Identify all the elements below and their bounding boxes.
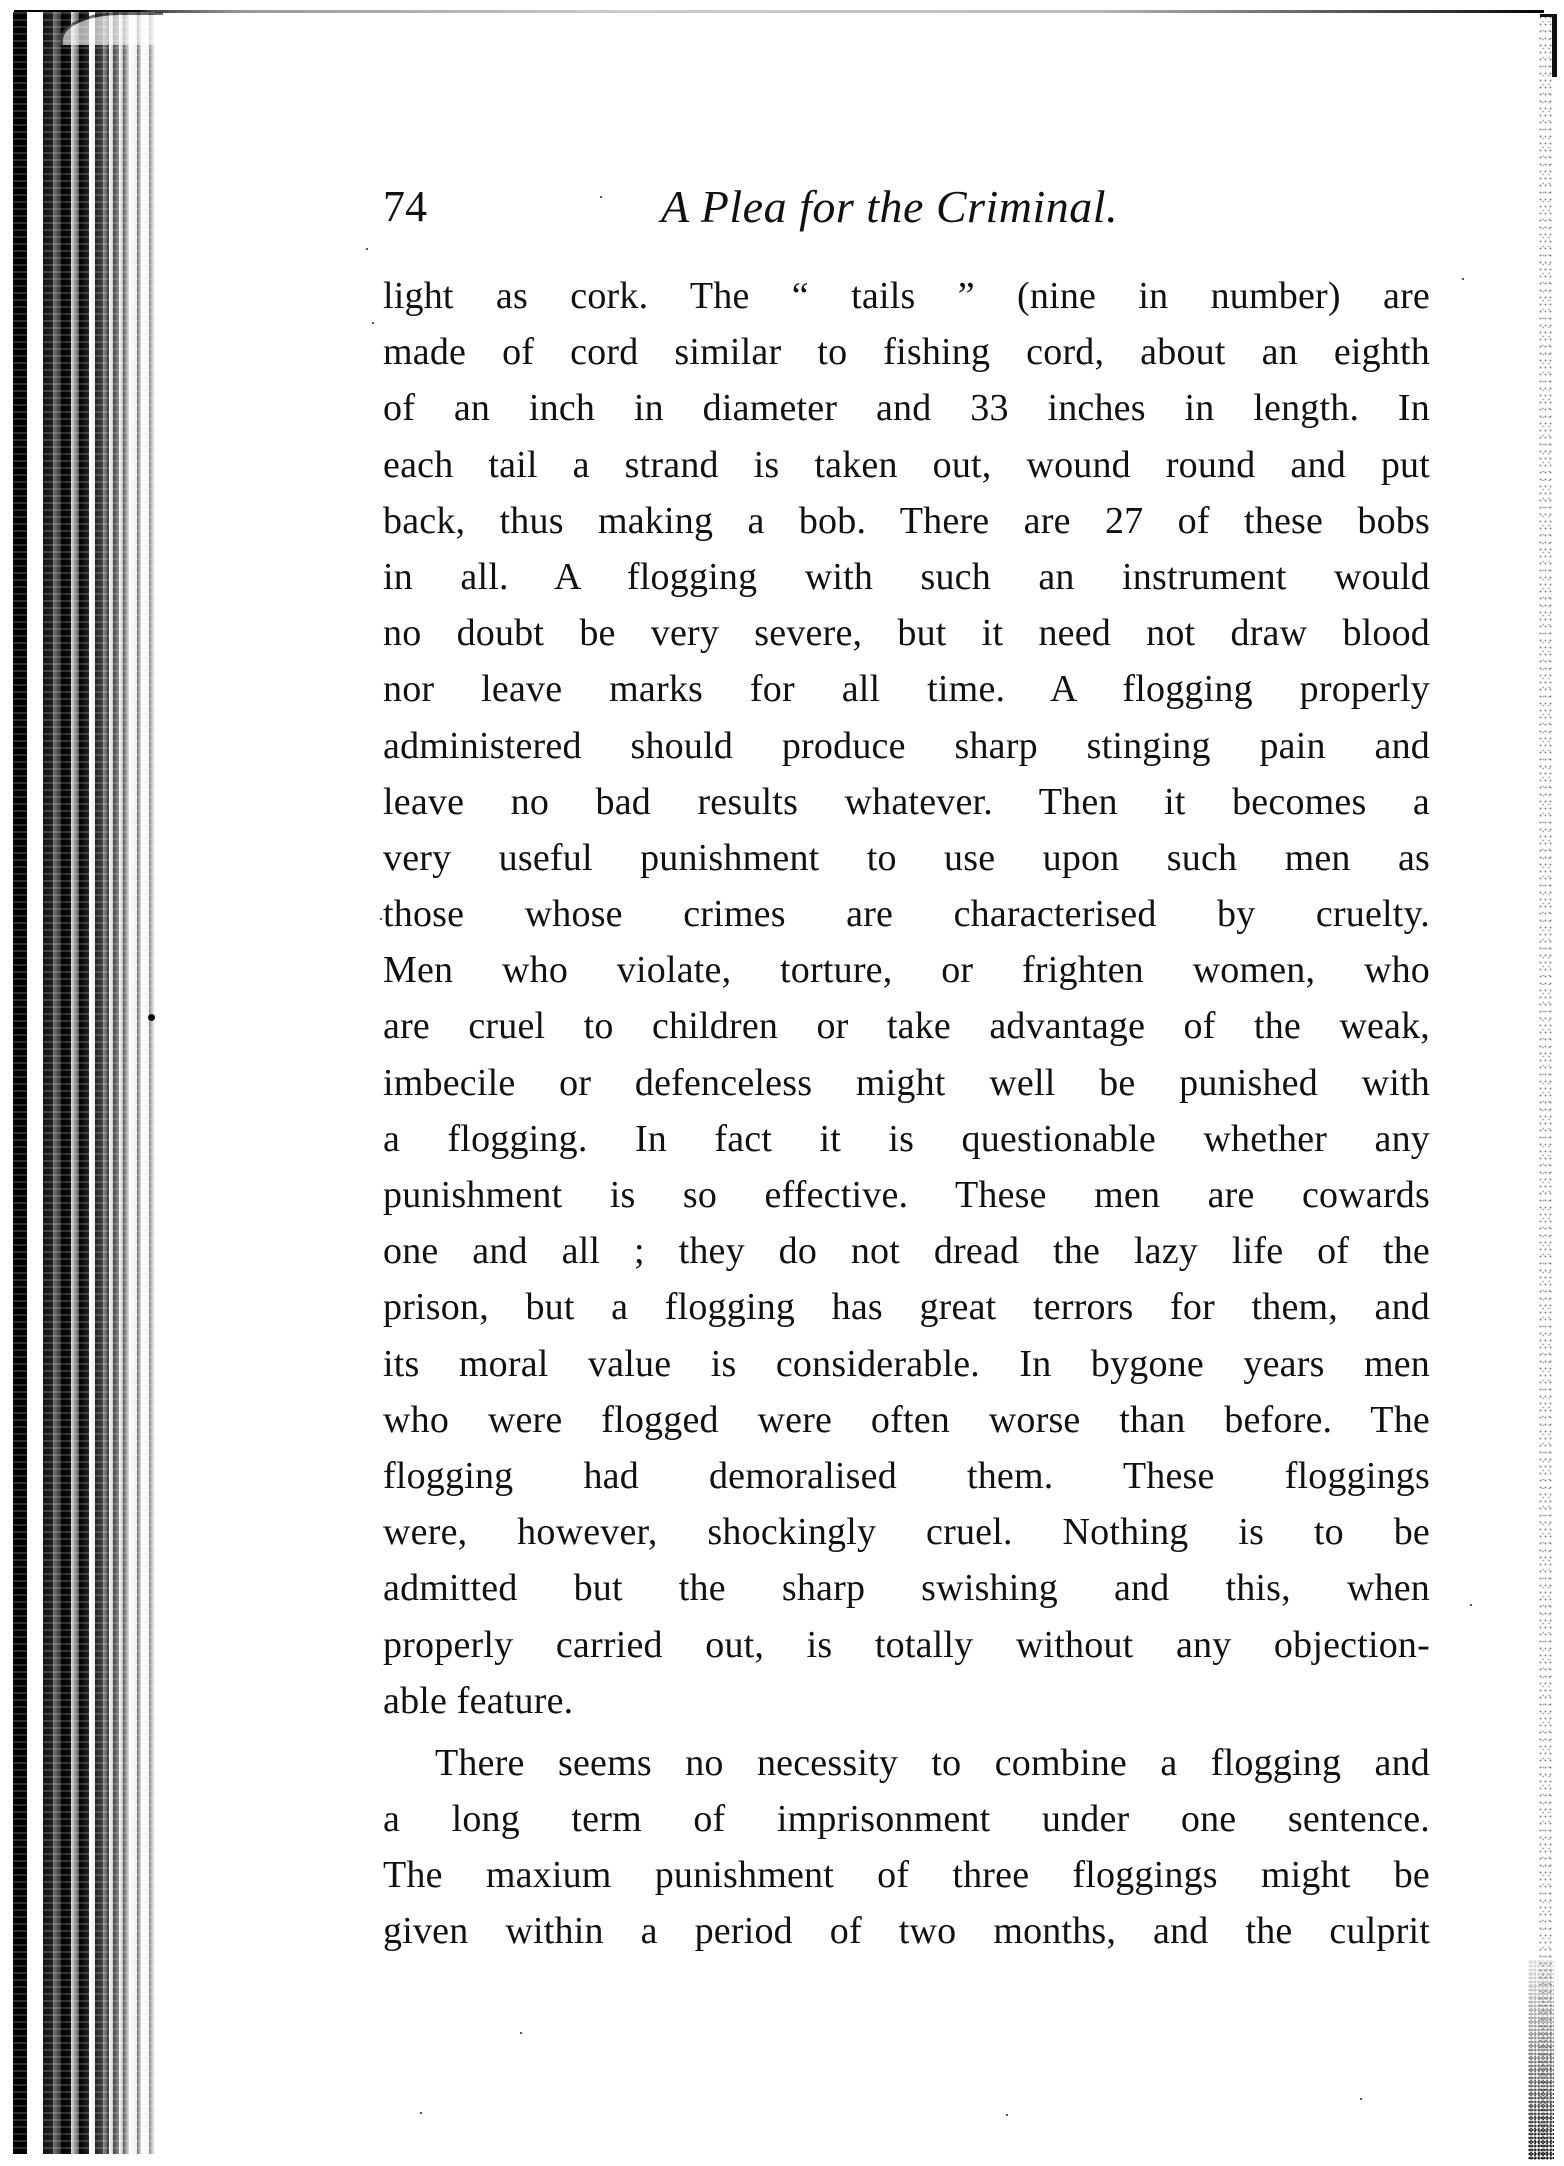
text-line: those whose crimes are characterised by … xyxy=(383,886,1430,942)
page-top-edge xyxy=(14,10,1544,13)
scan-speck xyxy=(372,322,374,324)
binding-texture xyxy=(13,12,155,2154)
scan-speck xyxy=(1360,2098,1362,2100)
text-line: who were flogged were often worse than b… xyxy=(383,1392,1430,1448)
text-line: punishment is so effective. These men ar… xyxy=(383,1167,1430,1223)
page-right-edge-shadow xyxy=(1528,1960,1554,2160)
scan-speck xyxy=(1470,1604,1472,1606)
text-line: administered should produce sharp stingi… xyxy=(383,718,1430,774)
scan-speck xyxy=(380,918,382,920)
text-line: made of cord similar to fishing cord, ab… xyxy=(383,324,1430,380)
running-head: 74 A Plea for the Criminal. xyxy=(383,182,1433,232)
text-line: its moral value is considerable. In bygo… xyxy=(383,1336,1430,1392)
text-line: admitted but the sharp swishing and this… xyxy=(383,1560,1430,1616)
text-line: were, however, shockingly cruel. Nothing… xyxy=(383,1504,1430,1560)
text-line: given within a period of two months, and… xyxy=(383,1903,1430,1959)
scan-speck xyxy=(1462,278,1464,280)
text-line: flogging had demoralised them. These flo… xyxy=(383,1448,1430,1504)
binding-ink-mark xyxy=(148,1014,155,1021)
text-line: one and all ; they do not dread the lazy… xyxy=(383,1223,1430,1279)
text-line: light as cork. The “ tails ” (nine in nu… xyxy=(383,268,1430,324)
page-right-edge xyxy=(1538,14,1552,2154)
scanned-book-page: 74 A Plea for the Criminal. light as cor… xyxy=(0,0,1564,2166)
text-line: imbecile or defenceless might well be pu… xyxy=(383,1055,1430,1111)
text-line: each tail a strand is taken out, wound r… xyxy=(383,437,1430,493)
page-number: 74 xyxy=(383,182,427,232)
text-line: Men who violate, torture, or frighten wo… xyxy=(383,942,1430,998)
scan-speck xyxy=(366,248,368,250)
page-top-right-corner xyxy=(1540,14,1557,77)
text-line: back, thus making a bob. There are 27 of… xyxy=(383,493,1430,549)
text-line: in all. A flogging with such an instrume… xyxy=(383,549,1430,605)
text-line: properly carried out, is totally without… xyxy=(383,1617,1430,1673)
scan-speck xyxy=(520,2032,522,2034)
text-line: able feature. xyxy=(383,1673,1430,1729)
text-line: a long term of imprisonment under one se… xyxy=(383,1791,1430,1847)
text-line: There seems no necessity to combine a fl… xyxy=(383,1735,1430,1791)
text-line: prison, but a flogging has great terrors… xyxy=(383,1279,1430,1335)
text-line: no doubt be very severe, but it need not… xyxy=(383,605,1430,661)
text-line: nor leave marks for all time. A flogging… xyxy=(383,661,1430,717)
text-line: are cruel to children or take advantage … xyxy=(383,998,1430,1054)
paragraph-2: There seems no necessity to combine a fl… xyxy=(383,1735,1430,1960)
paragraph-1: light as cork. The “ tails ” (nine in nu… xyxy=(383,268,1430,1729)
text-line: leave no bad results whatever. Then it b… xyxy=(383,774,1430,830)
text-line: very useful punishment to use upon such … xyxy=(383,830,1430,886)
text-line: a flogging. In fact it is questionable w… xyxy=(383,1111,1430,1167)
text-line: The maxium punishment of three floggings… xyxy=(383,1847,1430,1903)
scan-speck xyxy=(1006,2114,1008,2116)
scan-speck xyxy=(420,2112,422,2114)
body-text: light as cork. The “ tails ” (nine in nu… xyxy=(383,268,1430,1960)
text-line: of an inch in diameter and 33 inches in … xyxy=(383,380,1430,436)
running-title: A Plea for the Criminal. xyxy=(661,182,1118,232)
